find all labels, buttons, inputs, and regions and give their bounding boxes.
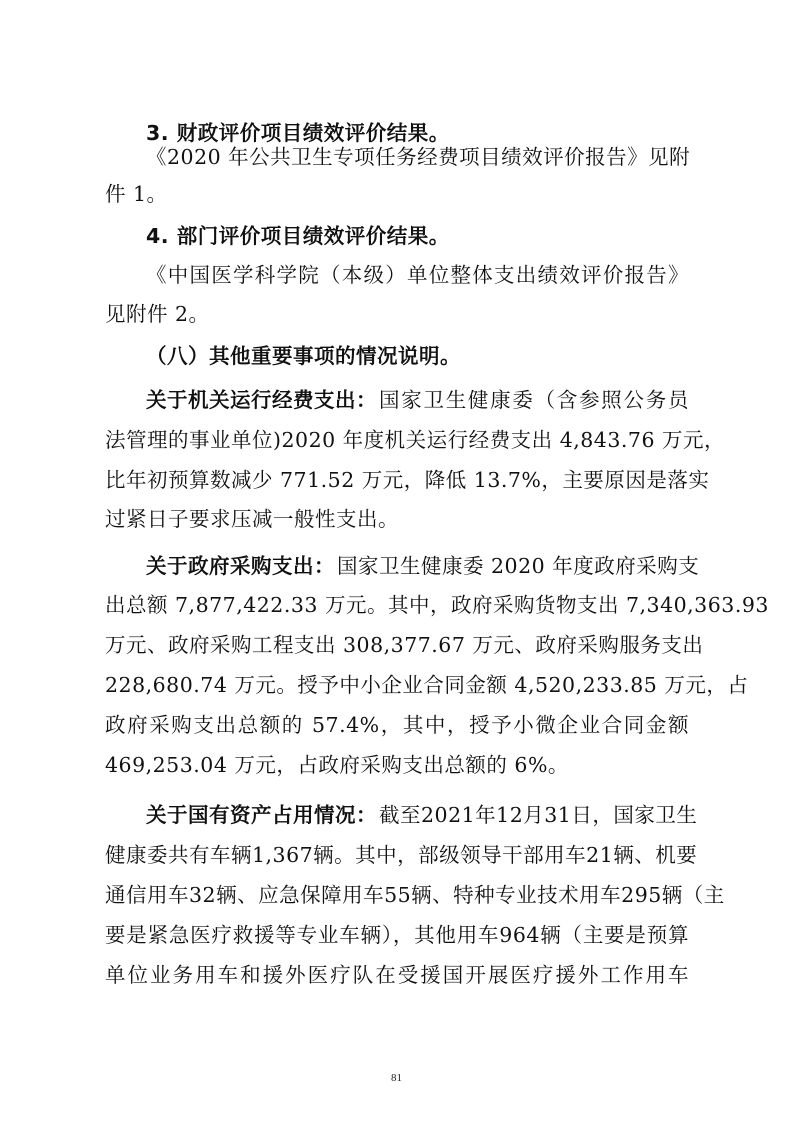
- section-heading-8: （八）其他重要事项的情况说明。: [146, 342, 689, 370]
- paragraph-line: 出总额 7,877,422.33 万元。其中，政府采购货物支出 7,340,36…: [105, 591, 689, 619]
- paragraph-line: 要是紧急医疗救援等专业车辆），其他用车964辆（主要是预算: [105, 921, 689, 949]
- paragraph-line: 万元、政府采购工程支出 308,377.67 万元、政府采购服务支出: [105, 631, 689, 659]
- paragraph-line: 过紧日子要求压减一般性支出。: [105, 505, 689, 533]
- document-page: 3. 财政评价项目绩效评价结果。 《2020 年公共卫生专项任务经费项目绩效评价…: [0, 0, 793, 1122]
- section-heading-4: 4. 部门评价项目绩效评价结果。: [146, 222, 689, 250]
- paragraph-line: 法管理的事业单位)2020 年度机关运行经费支出 4,843.76 万元，: [105, 426, 689, 454]
- section-4-body-line-1: 《中国医学科学院（本级）单位整体支出绩效评价报告》: [146, 261, 689, 289]
- paragraph-first-line-rest: 国家卫生健康委 2020 年度政府采购支: [337, 552, 699, 580]
- paragraph-line: 单位业务用车和援外医疗队在受援国开展医疗援外工作用车: [105, 961, 689, 989]
- paragraph-lead: 关于政府采购支出：: [146, 552, 335, 580]
- paragraph-line: 通信用车32辆、应急保障用车55辆、特种专业技术用车295辆（主: [105, 881, 689, 909]
- paragraph-state-assets-first-line: 关于国有资产占用情况： 截至2021年12月31日，国家卫生: [146, 801, 689, 829]
- section-3-body-line-2: 件 1。: [105, 180, 689, 208]
- paragraph-line: 228,680.74 万元。授予中小企业合同金额 4,520,233.85 万元…: [105, 671, 689, 699]
- paragraph-line: 健康委共有车辆1,367辆。其中，部级领导干部用车21辆、机要: [105, 841, 689, 869]
- page-number: 81: [0, 1072, 793, 1084]
- paragraph-line: 比年初预算数减少 771.52 万元，降低 13.7%，主要原因是落实: [105, 466, 689, 494]
- paragraph-lead: 关于国有资产占用情况：: [146, 801, 377, 829]
- paragraph-line: 政府采购支出总额的 57.4%，其中，授予小微企业合同金额: [105, 711, 689, 739]
- paragraph-first-line-rest: 截至2021年12月31日，国家卫生: [379, 801, 697, 829]
- section-4-body-line-2: 见附件 2。: [105, 300, 689, 328]
- section-3-body-line-1: 《2020 年公共卫生专项任务经费项目绩效评价报告》见附: [146, 143, 689, 171]
- paragraph-first-line-rest: 国家卫生健康委（含参照公务员: [379, 386, 689, 414]
- paragraph-line: 469,253.04 万元，占政府采购支出总额的 6%。: [105, 751, 689, 779]
- paragraph-procurement-first-line: 关于政府采购支出： 国家卫生健康委 2020 年度政府采购支: [146, 552, 689, 580]
- paragraph-lead: 关于机关运行经费支出：: [146, 386, 377, 414]
- paragraph-admin-expenses-first-line: 关于机关运行经费支出： 国家卫生健康委（含参照公务员: [146, 386, 689, 414]
